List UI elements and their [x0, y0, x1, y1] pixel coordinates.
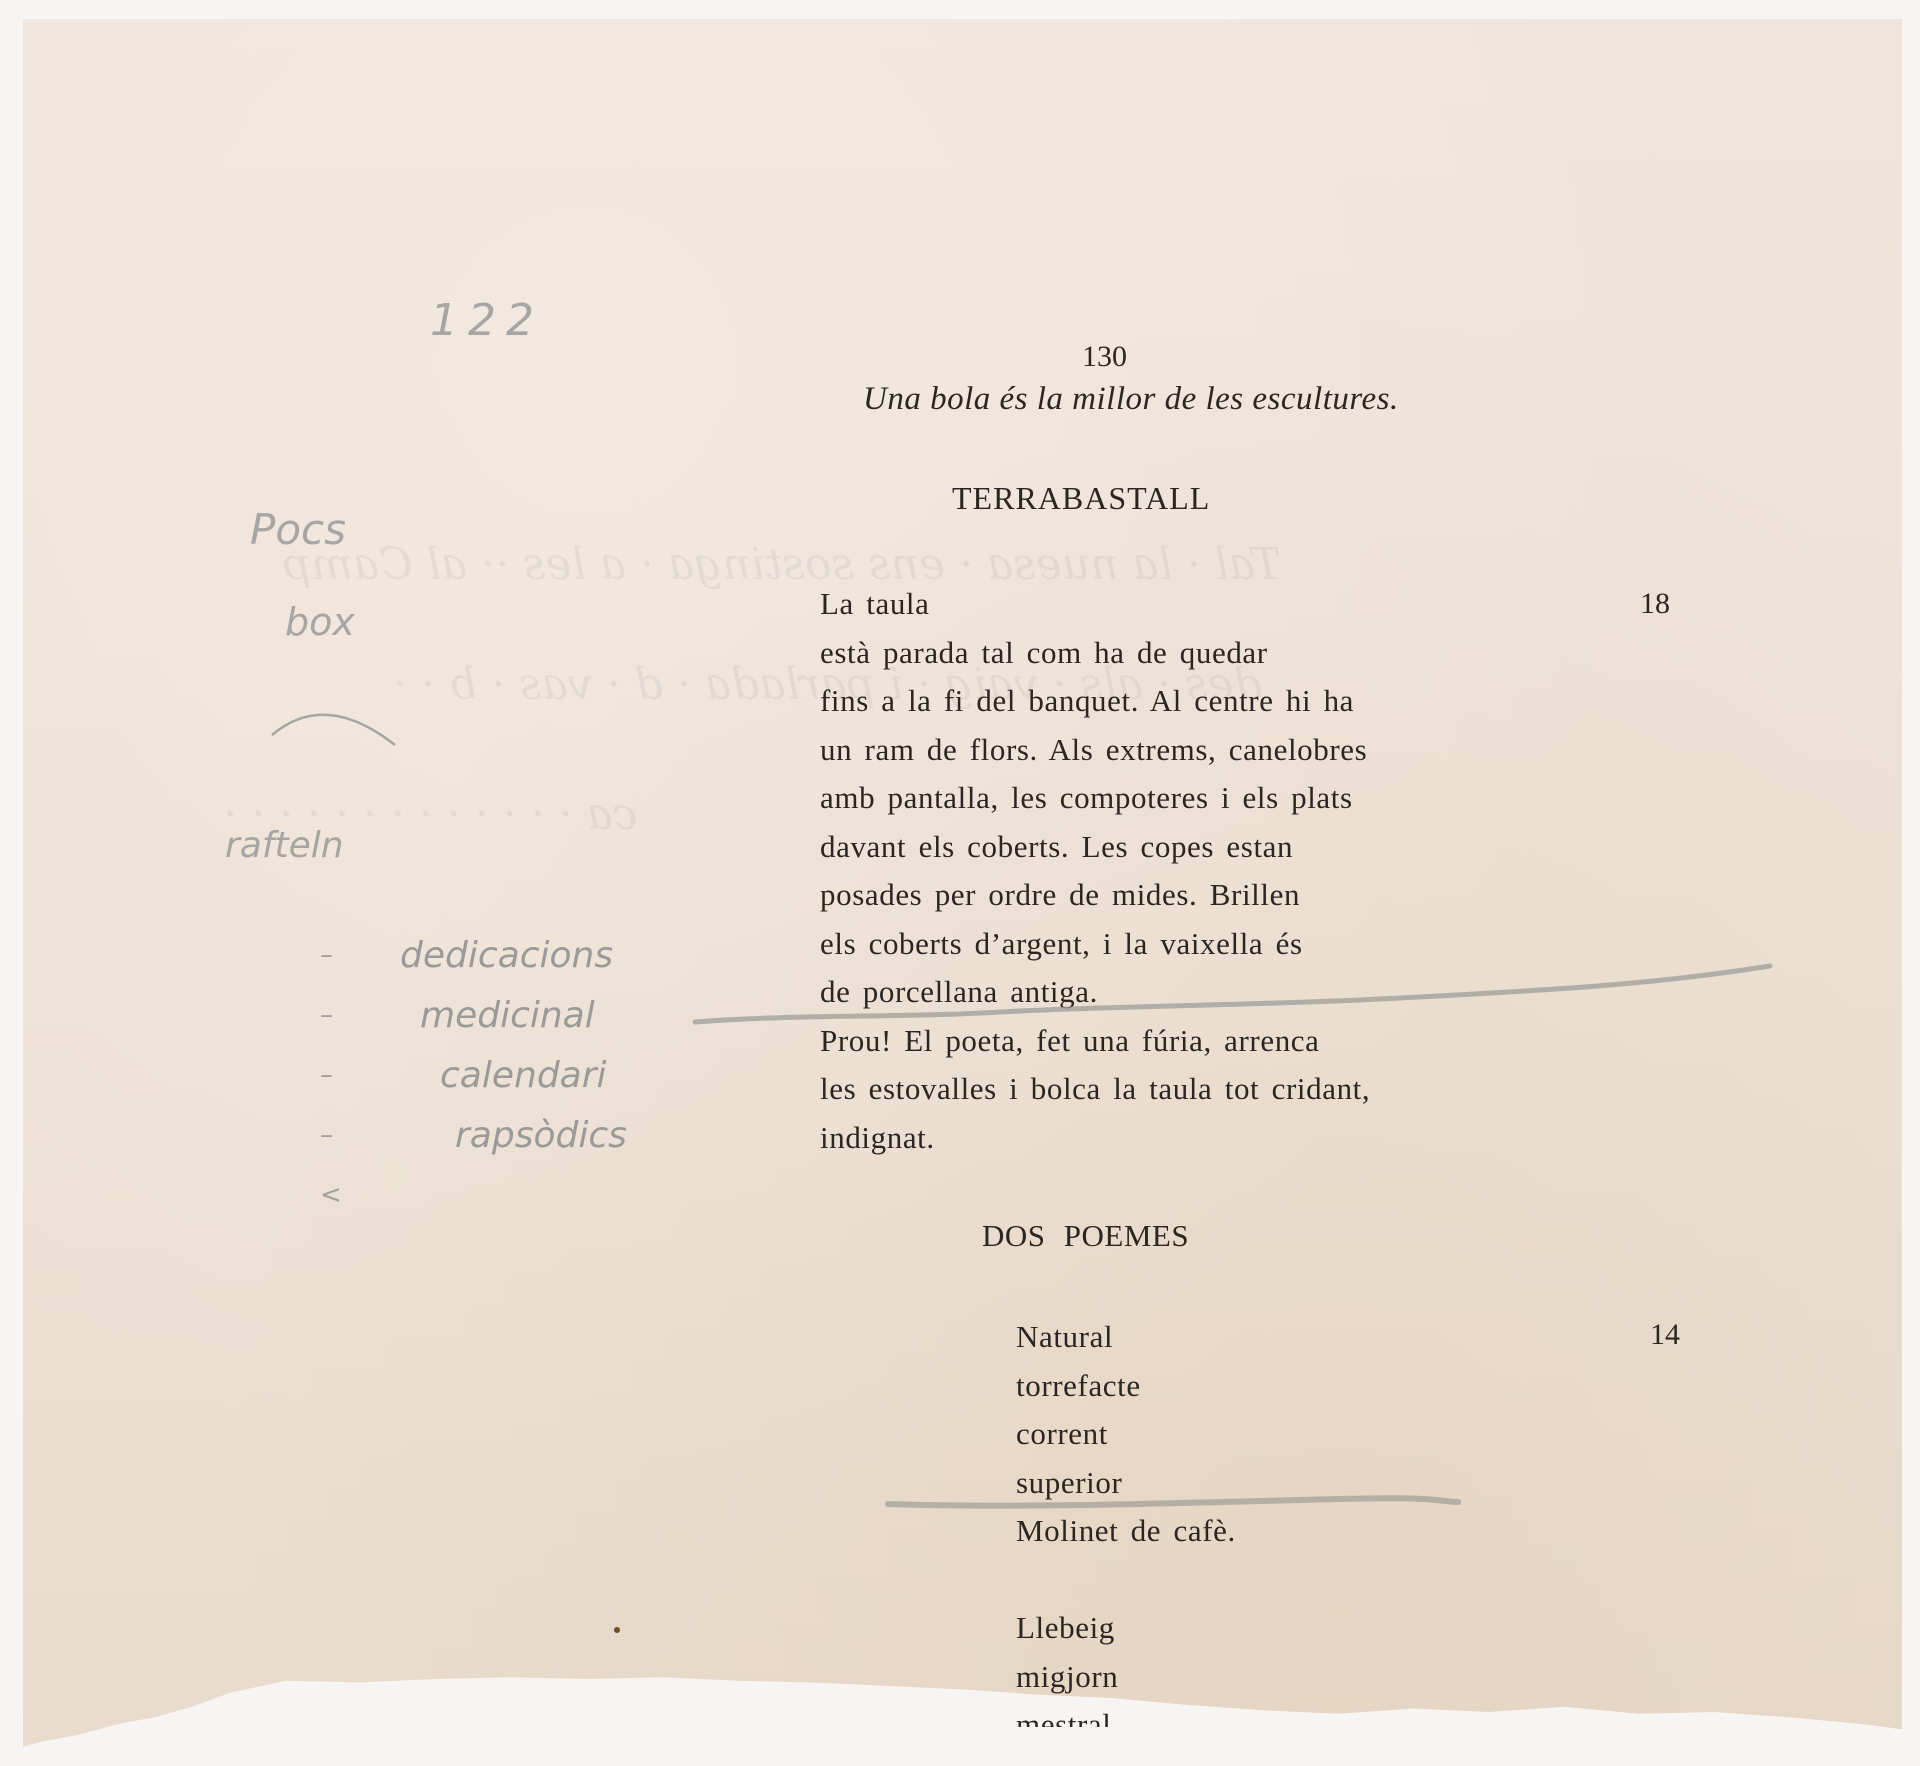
section-title-dos-poemes: DOS POEMES: [982, 1218, 1189, 1254]
poem-line: posades per ordre de mides. Brillen: [820, 871, 1370, 920]
poem-winds: Llebeig migjorn mestral: [1016, 1604, 1118, 1727]
pencil-list: – dedicacions – medicinal – calendari – …: [320, 925, 627, 1225]
poem-line: fins a la fi del banquet. Al centre hi h…: [820, 677, 1370, 726]
section-title-terrabastall: TERRABASTALL: [952, 480, 1210, 517]
poem-line: amb pantalla, les compoteres i els plats: [820, 774, 1370, 823]
pencil-list-item: – calendari: [320, 1045, 627, 1105]
scan-background: Tal · la nuesa · ens sostinga · a les ··…: [0, 0, 1920, 1766]
poem-line: davant els coberts. Les copes estan: [820, 823, 1370, 872]
pencil-note: Pocs: [250, 505, 346, 554]
pencil-list-item: – medicinal: [320, 985, 627, 1045]
pencil-mark: –: [320, 1000, 400, 1030]
poem-line: Molinet de cafè.: [1016, 1507, 1236, 1556]
poem-line: superior: [1016, 1459, 1236, 1508]
poem-line: està parada tal com ha de quedar: [820, 629, 1370, 678]
pencil-word: calendari: [400, 1055, 607, 1096]
pencil-number: 122: [430, 295, 544, 346]
line-count-terrabastall: 18: [1640, 587, 1670, 621]
line-count-dos-poemes: 14: [1650, 1318, 1680, 1352]
poem-line: els coberts d’argent, i la vaixella és: [820, 920, 1370, 969]
poem-line: torrefacte: [1016, 1362, 1236, 1411]
pencil-word: medicinal: [400, 995, 595, 1036]
pencil-note: rafteln: [225, 825, 344, 866]
pencil-mark: –: [320, 940, 400, 970]
poem-line-torn: mestral: [1016, 1701, 1118, 1727]
pencil-word: rapsòdics: [400, 1115, 627, 1156]
poem-terrabastall: La taula està parada tal com ha de queda…: [820, 580, 1370, 1162]
poem-line: Natural: [1016, 1313, 1236, 1362]
poem-line: migjorn: [1016, 1653, 1118, 1702]
pencil-mark: –: [320, 1060, 400, 1090]
page-number: 130: [1082, 340, 1127, 374]
poem-line: Prou! El poeta, fet una fúria, arrenca: [820, 1017, 1370, 1066]
epigraph: Una bola és la millor de les escultures.: [863, 381, 1399, 418]
pencil-mark: <: [320, 1180, 400, 1210]
pencil-note: box: [285, 600, 355, 644]
pencil-list-item: <: [320, 1165, 627, 1225]
poem-line: de porcellana antiga.: [820, 968, 1370, 1017]
pencil-word: dedicacions: [400, 935, 613, 976]
poem-line: Llebeig: [1016, 1604, 1118, 1653]
poem-line: indignat.: [820, 1114, 1370, 1163]
pencil-mark: –: [320, 1120, 400, 1150]
poem-line: un ram de flors. Als extrems, canelobres: [820, 726, 1370, 775]
pencil-list-item: – dedicacions: [320, 925, 627, 985]
poem-cafe: Natural torrefacte corrent superior Moli…: [1016, 1313, 1236, 1556]
pencil-list-item: – rapsòdics: [320, 1105, 627, 1165]
poem-line: corrent: [1016, 1410, 1236, 1459]
poem-line: les estovalles i bolca la taula tot crid…: [820, 1065, 1370, 1114]
poem-line: La taula: [820, 580, 1370, 629]
